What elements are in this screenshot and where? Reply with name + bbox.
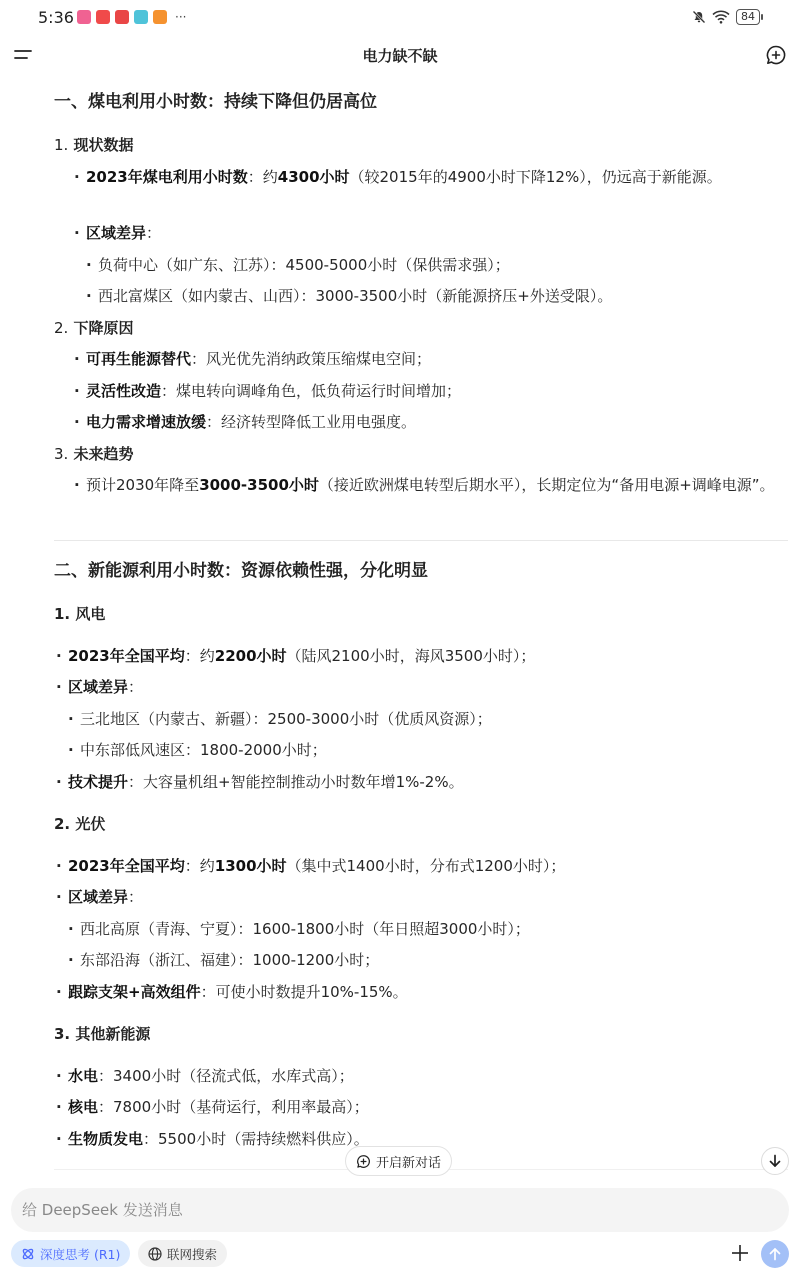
- list-item: 东部沿海（浙江、福建）：1000-1200小时；: [66, 949, 379, 971]
- list-item: 核电：7800小时（基荷运行，利用率最高）；: [54, 1096, 369, 1118]
- message-input[interactable]: [11, 1188, 789, 1232]
- status-time: 5:36: [38, 8, 74, 27]
- atom-icon: [21, 1247, 35, 1261]
- list-item: 三北地区（内蒙古、新疆）：2500-3000小时（优质风资源）；: [66, 708, 492, 730]
- list-item: 预计2030年降至3000-3500小时（接近欧洲煤电转型后期水平），长期定位为…: [72, 474, 788, 496]
- coal-subheading-reasons: 2. 下降原因: [54, 317, 134, 339]
- section-heading-coal: 一、煤电利用小时数：持续下降但仍居高位: [54, 91, 377, 113]
- chat-plus-icon: [356, 1154, 371, 1169]
- list-item: 西北富煤区（如内蒙古、山西）：3000-3500小时（新能源挤压+外送受限）。: [84, 285, 612, 307]
- arrow-down-icon: [768, 1154, 782, 1168]
- app-icon-camel: [134, 10, 148, 24]
- app-icon-red: [115, 10, 129, 24]
- list-item: 区域差异：: [72, 222, 161, 244]
- new-dialog-button[interactable]: 开启新对话: [345, 1146, 452, 1176]
- assistant-message: 一、煤电利用小时数：持续下降但仍居高位 1. 现状数据 2023年煤电利用小时数…: [54, 76, 788, 1171]
- coal-subheading-status: 1. 现状数据: [54, 134, 134, 156]
- list-item: 电力需求增速放缓：经济转型降低工业用电强度。: [72, 411, 416, 433]
- list-item: 跟踪支架+高效组件：可使小时数提升10%-15%。: [54, 981, 408, 1003]
- web-search-label: 联网搜索: [167, 1245, 217, 1263]
- app-icon-orange: [153, 10, 167, 24]
- list-item: 水电：3400小时（径流式低，水库式高）；: [54, 1065, 354, 1087]
- renew-subheading-solar: 2. 光伏: [54, 813, 105, 835]
- section-heading-renewables: 二、新能源利用小时数：资源依赖性强，分化明显: [54, 560, 428, 582]
- list-item: 生物质发电：5500小时（需持续燃料供应）。: [54, 1128, 369, 1150]
- more-notifications-icon: ···: [175, 10, 186, 24]
- attach-button[interactable]: [729, 1242, 751, 1264]
- list-item: 2023年煤电利用小时数：约4300小时（较2015年的4900小时下降12%）…: [72, 166, 782, 188]
- app-icon-pink: [77, 10, 91, 24]
- list-item: 可再生能源替代：风光优先消纳政策压缩煤电空间；: [72, 348, 431, 370]
- list-item: 区域差异：: [54, 886, 143, 908]
- chat-plus-icon: [765, 44, 787, 66]
- app-icon-red-tv: [96, 10, 110, 24]
- coal-subheading-trend: 3. 未来趋势: [54, 443, 134, 465]
- wifi-icon: [712, 10, 730, 24]
- deep-think-label: 深度思考 (R1): [40, 1245, 120, 1263]
- renew-subheading-other: 3. 其他新能源: [54, 1023, 150, 1045]
- plus-icon: [729, 1242, 751, 1264]
- bell-muted-icon: [692, 10, 706, 24]
- globe-icon: [148, 1247, 162, 1261]
- section-divider: [54, 540, 788, 541]
- list-item: 区域差异：: [54, 676, 143, 698]
- list-item: 2023年全国平均：约2200小时（陆风2100小时，海风3500小时）；: [54, 645, 535, 667]
- page-title: 电力缺不缺: [0, 45, 800, 66]
- deep-think-toggle[interactable]: 深度思考 (R1): [11, 1240, 130, 1267]
- notification-app-icons: ···: [77, 10, 186, 24]
- list-item: 技术提升：大容量机组+智能控制推动小时数年增1%-2%。: [54, 771, 464, 793]
- list-item: 西北高原（青海、宁夏）：1600-1800小时（年日照超3000小时）；: [66, 918, 530, 940]
- list-item: 灵活性改造：煤电转向调峰角色，低负荷运行时间增加；: [72, 380, 461, 402]
- send-button[interactable]: [761, 1240, 789, 1268]
- top-bar: 电力缺不缺: [0, 36, 800, 76]
- status-indicators: 84: [692, 9, 760, 25]
- list-item: 2023年全国平均：约1300小时（集中式1400小时，分布式1200小时）；: [54, 855, 565, 877]
- list-item: 中东部低风速区：1800-2000小时；: [66, 739, 327, 761]
- web-search-toggle[interactable]: 联网搜索: [138, 1240, 227, 1267]
- arrow-up-icon: [768, 1247, 782, 1261]
- message-input-container: [11, 1188, 789, 1232]
- renew-subheading-wind: 1. 风电: [54, 603, 105, 625]
- status-bar: 5:36 ··· 84: [0, 0, 800, 36]
- scroll-to-bottom-button[interactable]: [761, 1147, 789, 1175]
- new-dialog-label: 开启新对话: [376, 1152, 441, 1171]
- battery-indicator: 84: [736, 9, 760, 25]
- new-chat-button[interactable]: [765, 44, 787, 66]
- list-item: 负荷中心（如广东、江苏）：4500-5000小时（保供需求强）；: [84, 254, 510, 276]
